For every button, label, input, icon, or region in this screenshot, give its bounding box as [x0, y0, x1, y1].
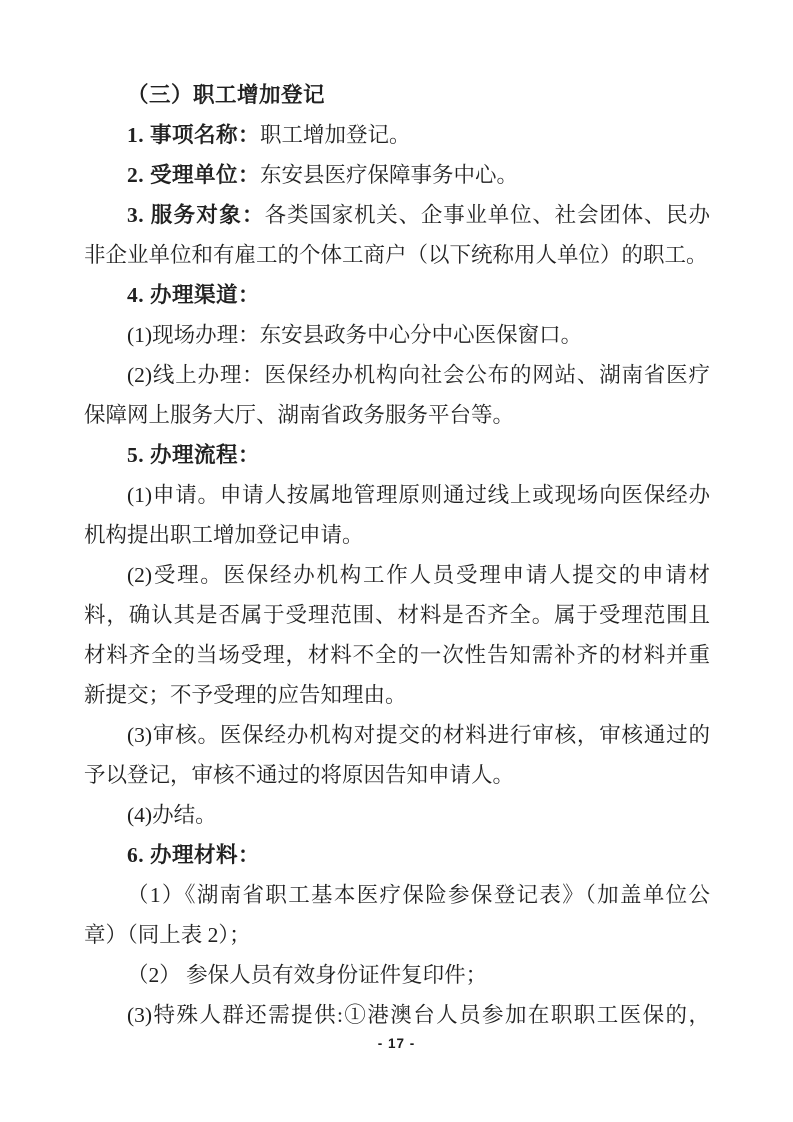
line-text: 材料齐全的当场受理，材料不全的一次性告知需补齐的材料并重 — [84, 643, 710, 667]
text-line: (1)现场办理：东安县政务中心分中心医保窗口。 — [84, 315, 710, 355]
line-text: 新提交；不予受理的应告知理由。 — [84, 683, 407, 707]
line-text: 料，确认其是否属于受理范围、材料是否齐全。属于受理范围且 — [84, 603, 710, 627]
text-line: 非企业单位和有雇工的个体工商户（以下统称用人单位）的职工。 — [84, 235, 710, 275]
text-line: (1)申请。申请人按属地管理原则通过线上或现场向医保经办 — [84, 475, 710, 515]
line-text: (3)审核。医保经办机构对提交的材料进行审核，审核通过的 — [127, 723, 710, 747]
text-line: 保障网上服务大厅、湖南省政务服务平台等。 — [84, 395, 710, 435]
text-line: (3)审核。医保经办机构对提交的材料进行审核，审核通过的 — [84, 715, 710, 755]
line-text: (1)申请。申请人按属地管理原则通过线上或现场向医保经办 — [127, 483, 710, 507]
line-text: （1）《湖南省职工基本医疗保险参保登记表》（加盖单位公 — [127, 883, 710, 907]
line-label: （三）职工增加登记 — [127, 83, 325, 107]
line-label: 5. 办理流程： — [127, 443, 260, 467]
text-line: （三）职工增加登记 — [84, 75, 710, 115]
document-body: （三）职工增加登记1. 事项名称：职工增加登记。2. 受理单位：东安县医疗保障事… — [84, 75, 710, 1035]
text-line: (3)特殊人群还需提供:①港澳台人员参加在职职工医保的， — [84, 995, 710, 1035]
text-line: （1）《湖南省职工基本医疗保险参保登记表》（加盖单位公 — [84, 875, 710, 915]
line-text: (1)现场办理：东安县政务中心分中心医保窗口。 — [127, 323, 582, 347]
text-line: （2） 参保人员有效身份证件复印件； — [84, 955, 710, 995]
line-text: (4)办结。 — [127, 803, 217, 827]
text-line: 料，确认其是否属于受理范围、材料是否齐全。属于受理范围且 — [84, 595, 710, 635]
text-line: 新提交；不予受理的应告知理由。 — [84, 675, 710, 715]
line-text: (2)受理。医保经办机构工作人员受理申请人提交的申请材 — [127, 563, 710, 587]
line-label: 6. 办理材料： — [127, 843, 260, 867]
line-label: 4. 办理渠道： — [127, 283, 260, 307]
line-text: 保障网上服务大厅、湖南省政务服务平台等。 — [84, 403, 514, 427]
line-text: 东安县医疗保障事务中心。 — [260, 163, 518, 187]
line-label: 1. 事项名称： — [127, 123, 260, 147]
text-line: 材料齐全的当场受理，材料不全的一次性告知需补齐的材料并重 — [84, 635, 710, 675]
line-label: 3. 服务对象： — [127, 203, 265, 227]
line-text: （2） 参保人员有效身份证件复印件； — [127, 963, 487, 987]
text-line: 6. 办理材料： — [84, 835, 710, 875]
text-line: (4)办结。 — [84, 795, 710, 835]
line-text: 机构提出职工增加登记申请。 — [84, 523, 364, 547]
line-text: 非企业单位和有雇工的个体工商户（以下统称用人单位）的职工。 — [84, 243, 708, 267]
line-text: 职工增加登记。 — [260, 123, 411, 147]
document-page: （三）职工增加登记1. 事项名称：职工增加登记。2. 受理单位：东安县医疗保障事… — [0, 0, 793, 1122]
line-text: 予以登记，审核不通过的将原因告知申请人。 — [84, 763, 514, 787]
text-line: (2)线上办理：医保经办机构向社会公布的网站、湖南省医疗 — [84, 355, 710, 395]
text-line: 3. 服务对象：各类国家机关、企事业单位、社会团体、民办 — [84, 195, 710, 235]
line-text: 章）（同上表 2）； — [84, 923, 251, 947]
text-line: 2. 受理单位：东安县医疗保障事务中心。 — [84, 155, 710, 195]
text-line: 4. 办理渠道： — [84, 275, 710, 315]
page-number: - 17 - — [0, 1036, 793, 1051]
line-label: 2. 受理单位： — [127, 163, 260, 187]
text-line: 章）（同上表 2）； — [84, 915, 710, 955]
text-line: 5. 办理流程： — [84, 435, 710, 475]
line-text: (2)线上办理：医保经办机构向社会公布的网站、湖南省医疗 — [127, 363, 710, 387]
line-text: (3)特殊人群还需提供:①港澳台人员参加在职职工医保的， — [127, 1003, 710, 1027]
line-text: 各类国家机关、企事业单位、社会团体、民办 — [265, 203, 710, 227]
text-line: 予以登记，审核不通过的将原因告知申请人。 — [84, 755, 710, 795]
text-line: 机构提出职工增加登记申请。 — [84, 515, 710, 555]
text-line: (2)受理。医保经办机构工作人员受理申请人提交的申请材 — [84, 555, 710, 595]
text-line: 1. 事项名称：职工增加登记。 — [84, 115, 710, 155]
